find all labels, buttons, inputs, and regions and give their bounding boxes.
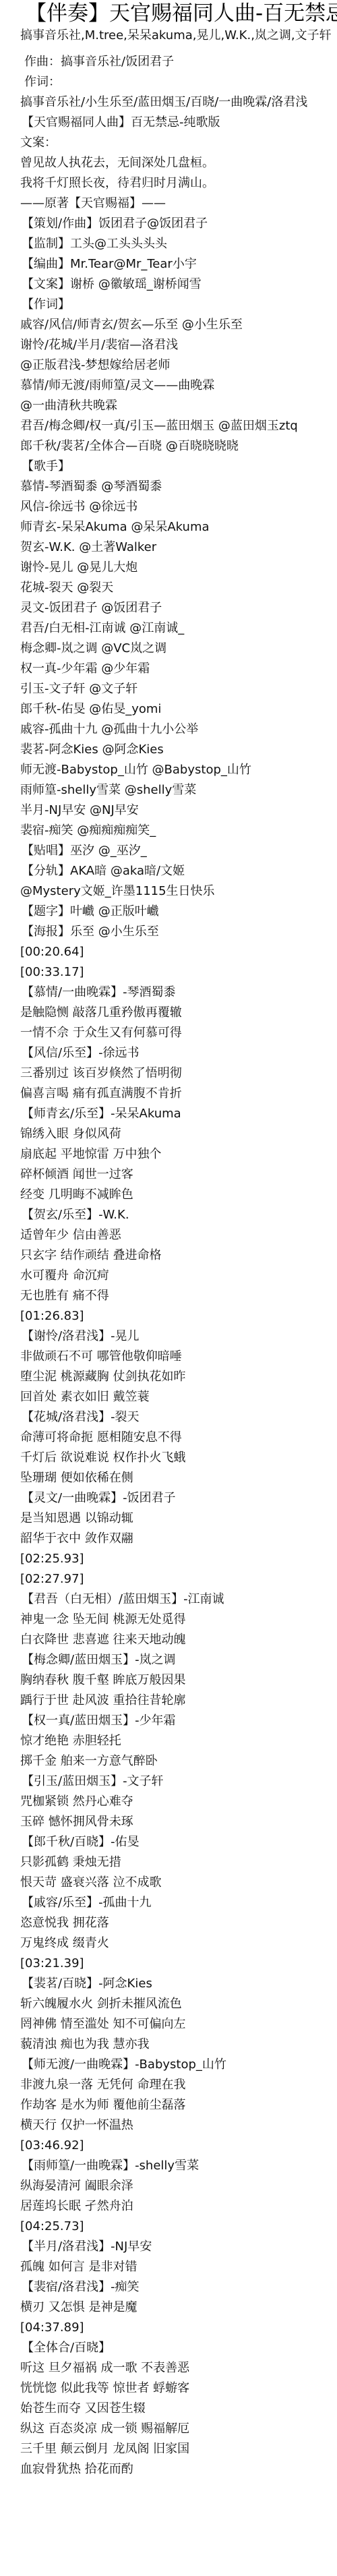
section-heading: 【贴唱】巫汐 @_巫汐_ bbox=[22, 841, 337, 861]
lyric-line: 血寂骨犹热 拾花而酌 bbox=[20, 2459, 337, 2480]
lyric-line: 听这 旦夕福祸 成一歌 不表善恶 bbox=[20, 2358, 337, 2378]
section-heading: 【贺玄/乐至】-W.K. bbox=[22, 1205, 337, 1225]
section-heading: 【海报】乐至 @小生乐至 bbox=[22, 922, 337, 942]
section-heading: 【半月/洛君浅】-NJ早安 bbox=[22, 2237, 337, 2257]
section-heading: 【君吾（白无相）/蓝田烟玉】-江南诚 bbox=[22, 1589, 337, 1610]
lyric-line: 恍恍惚 似此我等 惊世者 蜉蝣客 bbox=[20, 2378, 337, 2399]
section-heading: 【戚容/乐至】-孤曲十九 bbox=[22, 1893, 337, 1913]
lyric-line: 神鬼一念 坠无间 桃源无处觅得 bbox=[20, 1610, 337, 1630]
lyric-line: 戚容-孤曲十九 @孤曲十九小公举 bbox=[20, 720, 337, 740]
lyric-line: 风信-徐远书 @徐远书 bbox=[20, 497, 337, 517]
lyric-line: ——原著【天官赐福】—— bbox=[20, 194, 337, 214]
lyric-line: 踽行于世 赴风波 重拾往昔轮廓 bbox=[20, 1691, 337, 1711]
timestamp: [00:20.64] bbox=[20, 942, 337, 962]
lyric-line: 扇底起 平地惊雷 万中独个 bbox=[20, 1144, 337, 1165]
lyric-line: 适曾年少 信由善恶 bbox=[20, 1225, 337, 1246]
lyric-line: 我将千灯照长夜，待君归时月满山。 bbox=[20, 173, 337, 194]
lyric-line: 横天行 仅护一怀温热 bbox=[20, 2115, 337, 2136]
lyric-line: 是触隐恻 敲落几重矜傲再覆辙 bbox=[20, 1003, 337, 1023]
lyric-line: 玉碎 憾怀拥风骨未琢 bbox=[20, 1812, 337, 1832]
section-heading: 【引玉/蓝田烟玉】-文子轩 bbox=[22, 1772, 337, 1792]
lyrics-body: 作曲：搞事音乐社/饭团君子作词：搞事音乐社/小生乐至/蓝田烟玉/百晓/一曲晚霖/… bbox=[20, 52, 337, 2480]
lyric-line: 经变 几明晦不减眸色 bbox=[20, 1185, 337, 1205]
lyric-line: 斩六魄履水火 剑折未摧风流色 bbox=[20, 1994, 337, 2014]
lyric-line: 非渡九泉一落 无凭何 命理在我 bbox=[20, 2075, 337, 2095]
section-heading: 【题字】叶巇 @正版叶巇 bbox=[22, 902, 337, 922]
lyric-line: @一曲清秋共晚霖 bbox=[20, 396, 337, 416]
section-heading: 【编曲】Mr.Tear@Mr_Tear小宇 bbox=[22, 254, 337, 274]
lyric-line: 偏喜言喝 痛有孤直满腹不肯折 bbox=[20, 1084, 337, 1104]
section-heading: 【权一真/蓝田烟玉】-少年霜 bbox=[22, 1711, 337, 1731]
page-title: 【伴奏】天官赐福同人曲-百无禁忌 bbox=[26, 0, 337, 27]
lyric-line: 郎千秋-佑旻 @佑旻_yomi bbox=[20, 699, 337, 720]
lyric-line: 千灯后 欲说难说 权作扑火飞蛾 bbox=[20, 1448, 337, 1468]
lyric-line: 谢怜-晃儿 @晃儿大炮 bbox=[20, 558, 337, 578]
lyric-line: 裴茗-阿念Kies @阿念Kies bbox=[20, 740, 337, 760]
lyric-line: 三千里 颠云倒月 龙凤阁 旧家国 bbox=[20, 2439, 337, 2459]
lyric-line: 雨师篁-shelly雪菜 @shelly雪菜 bbox=[20, 780, 337, 800]
timestamp: [03:46.92] bbox=[20, 2136, 337, 2156]
lyric-line: 戚容/风信/师青玄/贺玄—乐至 @小生乐至 bbox=[20, 315, 337, 335]
lyric-line: 恨天苛 盛衰兴落 泣不成歌 bbox=[20, 1873, 337, 1893]
timestamp: [04:37.89] bbox=[20, 2318, 337, 2338]
lyric-line: 韶华于衣中 敛作双翮 bbox=[20, 1529, 337, 1549]
section-heading: 【全体合/百晓】 bbox=[22, 2338, 337, 2358]
lyric-line: 谢怜/花城/半月/裴宿—洛君浅 bbox=[20, 335, 337, 355]
section-heading: 【监制】工头@工头头头头 bbox=[22, 234, 337, 254]
lyric-line: 无也胜有 痛不得 bbox=[20, 1286, 337, 1306]
lyric-line: 咒枷紧锁 然丹心难夺 bbox=[20, 1792, 337, 1812]
lyric-line: 一情不佘 于众生又有何慕可得 bbox=[20, 1023, 337, 1043]
lyric-line: 君吾/梅念卿/权一真/引玉—蓝田烟玉 @蓝田烟玉ztq bbox=[20, 416, 337, 436]
lyric-line: 纵这 百态炎凉 成一锁 赐福解厄 bbox=[20, 2419, 337, 2439]
lyric-line: 坠珊瑚 便如依稀在侧 bbox=[20, 1468, 337, 1488]
lyric-line: 惊才绝艳 赤胆轻托 bbox=[20, 1731, 337, 1751]
timestamp: [01:26.83] bbox=[20, 1306, 337, 1326]
section-heading: 【风信/乐至】-徐远书 bbox=[22, 1043, 337, 1063]
section-heading: 【文案】谢桥 @徽敏瑶_谢桥闻雪 bbox=[22, 274, 337, 295]
lyric-line: 纵海晏清河 阖眼余泽 bbox=[20, 2176, 337, 2196]
artist-list: 搞事音乐社,M.tree,呆呆akuma,晃儿,W.K.,岚之调,文子轩 bbox=[20, 27, 332, 45]
lyric-line: 君吾/白无相-江南诚 @江南诚_ bbox=[20, 618, 337, 639]
lyric-line: 作劫客 是水为师 覆他前尘磊落 bbox=[20, 2095, 337, 2115]
section-heading: 【裴茗/百晓】-阿念Kies bbox=[22, 1974, 337, 1994]
section-heading: 【梅念卿/蓝田烟玉】-岚之调 bbox=[22, 1650, 337, 1670]
timestamp: [02:25.93] bbox=[20, 1549, 337, 1569]
section-heading: 【策划/作曲】饭团君子@饭团君子 bbox=[22, 214, 337, 234]
lyric-line: 居莲坞长眠 孑然舟泊 bbox=[20, 2196, 337, 2217]
lyric-line: 三番别过 该百岁倏然了悟明彻 bbox=[20, 1063, 337, 1084]
lyric-line: 回首处 素衣如旧 戴笠蓑 bbox=[20, 1387, 337, 1407]
lyric-line: 孤魄 如何言 是非对错 bbox=[20, 2257, 337, 2277]
lyric-line: 引玉-文子轩 @文子轩 bbox=[20, 679, 337, 699]
lyric-line: 慕情-琴酒蜀黍 @琴酒蜀黍 bbox=[20, 477, 337, 497]
section-heading: 【雨师篁/一曲晚霖】-shelly雪菜 bbox=[22, 2156, 337, 2176]
lyric-line: 恣意悦我 拥花落 bbox=[20, 1913, 337, 1933]
section-heading: 【慕情/一曲晚霖】-琴酒蜀黍 bbox=[22, 983, 337, 1003]
section-heading: 【歌手】 bbox=[22, 457, 337, 477]
lyric-line: 曾见故人执花去，无间深处几盘桓。 bbox=[20, 153, 337, 173]
section-heading: 【灵文/一曲晚霖】-饭团君子 bbox=[22, 1488, 337, 1509]
section-heading: 【谢怜/洛君浅】-晃儿 bbox=[22, 1326, 337, 1347]
timestamp: [02:27.97] bbox=[20, 1569, 337, 1589]
section-heading: 【分轨】AKA暗 @aka暗/文姬 bbox=[22, 861, 337, 881]
lyric-line: 堕尘泥 桃源藏胸 仗剑执花如昨 bbox=[20, 1367, 337, 1387]
section-heading: 【花城/洛君浅】-裂天 bbox=[22, 1407, 337, 1428]
timestamp: [04:25.73] bbox=[20, 2217, 337, 2237]
lyric-line: 胸纳春秋 腹千壑 眸底万般因果 bbox=[20, 1670, 337, 1691]
lyric-line: 只影孤鹤 秉烛无措 bbox=[20, 1852, 337, 1873]
lyric-line: 只玄字 结作顽结 叠进命格 bbox=[20, 1246, 337, 1266]
lyric-line: 贺玄-W.K. @土著Walker bbox=[20, 537, 337, 558]
lyric-line: 权一真-少年霜 @少年霜 bbox=[20, 659, 337, 679]
lyric-line: 郎千秋/裴茗/全体合—百晓 @百晓晓晓晓 bbox=[20, 436, 337, 457]
section-heading: 【天官赐福同人曲】百无禁忌-纯歌版 bbox=[22, 113, 337, 133]
section-heading: 【裴宿/洛君浅】-痴笑 bbox=[22, 2277, 337, 2297]
lyric-line: 半月-NJ早安 @NJ早安 bbox=[20, 800, 337, 821]
lyric-line: @Mystery文姬_许墨1115生日快乐 bbox=[20, 881, 337, 902]
lyric-line: 灵文-饭团君子 @饭团君子 bbox=[20, 598, 337, 618]
lyric-line: 梅念卿-岚之调 @VC岚之调 bbox=[20, 639, 337, 659]
lyric-line: 师青玄-呆呆Akuma @呆呆Akuma bbox=[20, 517, 337, 537]
lyric-line: 命薄可将命扼 愿相随安息不得 bbox=[20, 1428, 337, 1448]
section-heading: 【师无渡/一曲晚霖】-Babystop_山竹 bbox=[22, 2055, 337, 2075]
lyric-line: @正版君浅-梦想嫁给居老师 bbox=[20, 355, 337, 376]
section-heading: 【作词】 bbox=[22, 295, 337, 315]
timestamp: [00:33.17] bbox=[20, 962, 337, 983]
lyric-line: 碎杯倾酒 闻世一过客 bbox=[20, 1165, 337, 1185]
lyric-line: 作曲：搞事音乐社/饭团君子 bbox=[24, 52, 337, 72]
lyric-line: 裴宿-痴笑 @痴痴痴痴笑_ bbox=[20, 821, 337, 841]
lyric-line: 掷千金 舶来一方意气醉卧 bbox=[20, 1751, 337, 1772]
lyric-line: 水可覆舟 命沉疴 bbox=[20, 1266, 337, 1286]
lyric-line: 是当知恩遇 以锦动辄 bbox=[20, 1509, 337, 1529]
lyric-line: 始苍生而夺 又因苍生辍 bbox=[20, 2399, 337, 2419]
lyric-line: 藐清浊 痴也为我 慧亦我 bbox=[20, 2035, 337, 2055]
lyric-line: 锦绣入眼 身似风荷 bbox=[20, 1124, 337, 1144]
lyric-line: 罔神佛 情至滥处 知不可偏向左 bbox=[20, 2014, 337, 2035]
section-heading: 【师青玄/乐至】-呆呆Akuma bbox=[22, 1104, 337, 1124]
lyric-line: 作词： bbox=[24, 72, 337, 92]
lyric-line: 文案： bbox=[20, 133, 337, 153]
lyric-line: 白衣降世 悲喜遮 往来天地动魄 bbox=[20, 1630, 337, 1650]
lyric-line: 师无渡-Babystop_山竹 @Babystop_山竹 bbox=[20, 760, 337, 780]
lyric-line: 花城-裂天 @裂天 bbox=[20, 578, 337, 598]
section-heading: 【郎千秋/百晓】-佑旻 bbox=[22, 1832, 337, 1852]
lyric-line: 搞事音乐社/小生乐至/蓝田烟玉/百晓/一曲晚霖/洛君浅 bbox=[20, 92, 337, 113]
lyric-line: 万鬼终成 缀青火 bbox=[20, 1933, 337, 1954]
lyric-line: 慕情/师无渡/雨师篁/灵文——曲晚霖 bbox=[20, 376, 337, 396]
lyric-line: 横刃 又怎惧 是神是魔 bbox=[20, 2297, 337, 2318]
timestamp: [03:21.39] bbox=[20, 1954, 337, 1974]
lyric-line: 非做顽石不可 哪管他敬仰暗唾 bbox=[20, 1347, 337, 1367]
